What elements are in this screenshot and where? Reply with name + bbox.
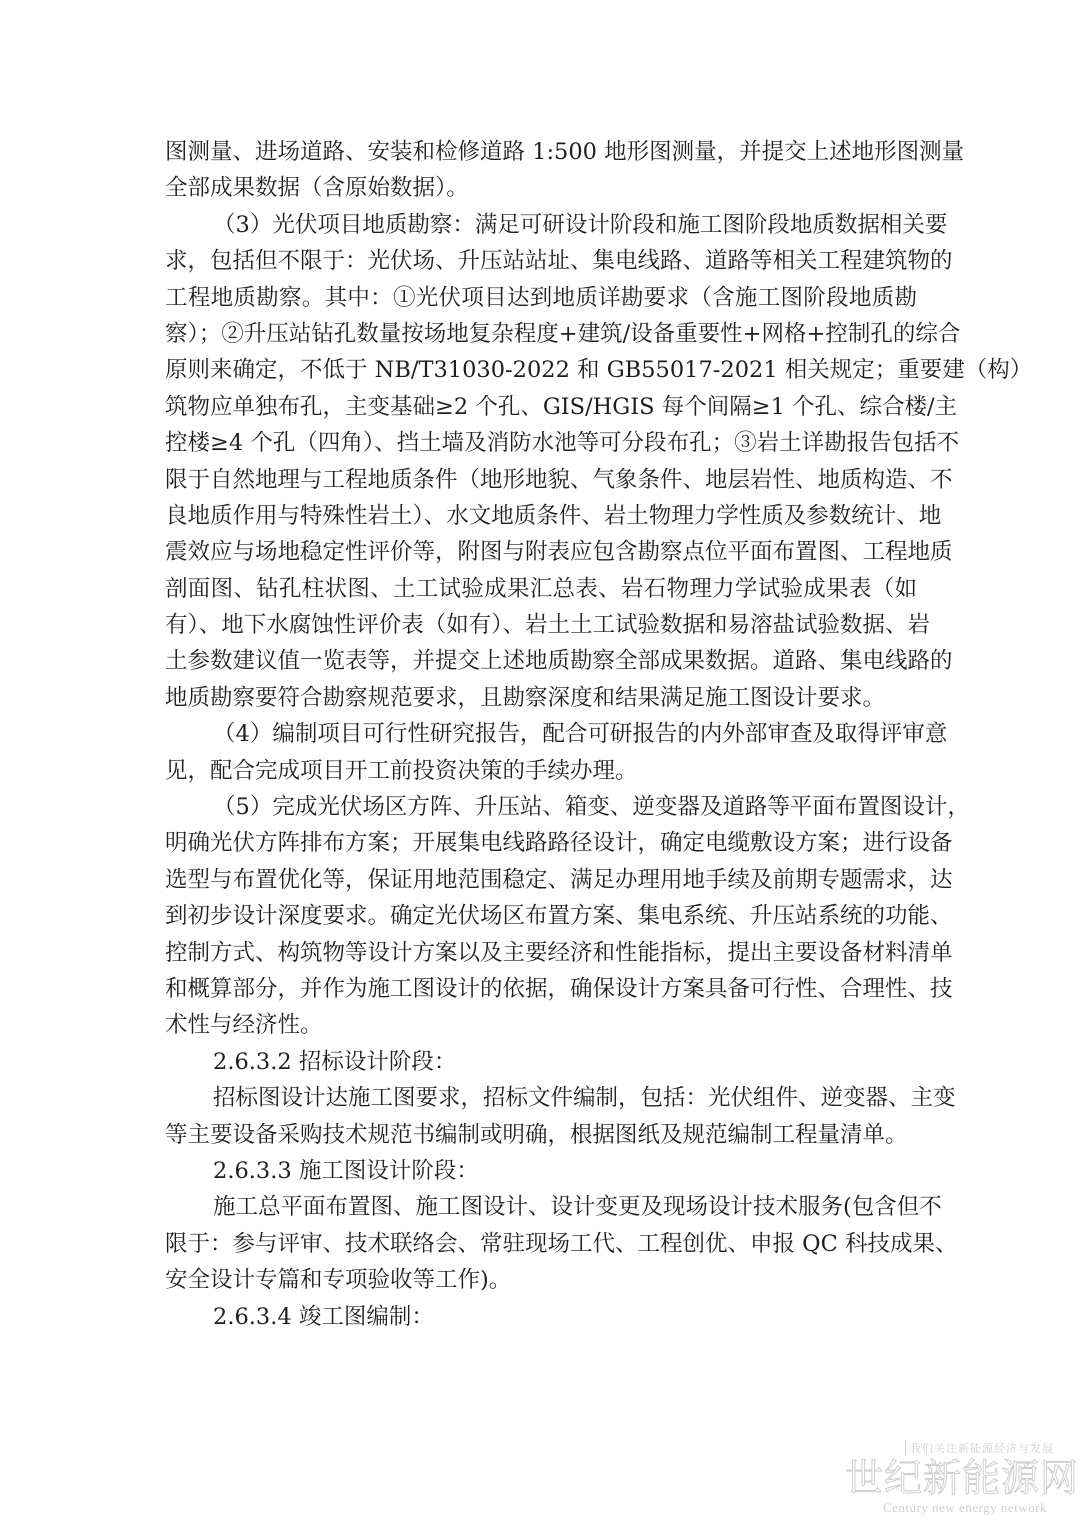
text-line: 招标图设计达施工图要求，招标文件编制，包括：光伏组件、逆变器、主变 (165, 1080, 917, 1116)
text-line: 安全设计专篇和专项验收等工作)。 (165, 1262, 917, 1298)
text-line: 求，包括但不限于：光伏场、升压站站址、集电线路、道路等相关工程建筑物的 (165, 243, 917, 279)
text-line: 筑物应单独布孔，主变基础≥2 个孔、GIS/HGIS 每个间隔≥1 个孔、综合楼… (165, 389, 917, 425)
text-line: （5）完成光伏场区方阵、升压站、箱变、逆变器及道路等平面布置图设计， (165, 789, 917, 825)
text-line: 术性与经济性。 (165, 1007, 917, 1043)
text-line: 2.6.3.2 招标设计阶段： (165, 1044, 917, 1080)
watermark: 我们关注新能源经济与发展 世纪新能源网 Century new energy n… (845, 1440, 1080, 1516)
text-line: 选型与布置优化等，保证用地范围稳定、满足办理用地手续及前期专题需求，达 (165, 862, 917, 898)
text-line: 良地质作用与特殊性岩土）、水文地质条件、岩土物理力学性质及参数统计、地 (165, 498, 917, 534)
text-line: 施工总平面布置图、施工图设计、设计变更及现场设计技术服务(包含但不 (165, 1189, 917, 1225)
text-line: （3）光伏项目地质勘察：满足可研设计阶段和施工图阶段地质数据相关要 (165, 207, 917, 243)
text-line: 2.6.3.3 施工图设计阶段： (165, 1153, 917, 1189)
text-line: 震效应与场地稳定性评价等，附图与附表应包含勘察点位平面布置图、工程地质 (165, 534, 917, 570)
text-line: 控楼≥4 个孔（四角）、挡土墙及消防水池等可分段布孔；③岩土详勘报告包括不 (165, 425, 917, 461)
document-body: 图测量、进场道路、安装和检修道路 1:500 地形图测量，并提交上述地形图测量全… (165, 134, 917, 1335)
text-line: 见，配合完成项目开工前投资决策的手续办理。 (165, 753, 917, 789)
text-line: 土参数建议值一览表等，并提交上述地质勘察全部成果数据。道路、集电线路的 (165, 643, 917, 679)
text-line: 原则来确定，不低于 NB/T31030-2022 和 GB55017-2021 … (165, 352, 917, 388)
text-line: 到初步设计深度要求。确定光伏场区布置方案、集电系统、升压站系统的功能、 (165, 898, 917, 934)
watermark-english: Century new energy network (883, 1500, 1080, 1516)
text-line: 限于：参与评审、技术联络会、常驻现场工代、工程创优、申报 QC 科技成果、 (165, 1226, 917, 1262)
text-line: 有）、地下水腐蚀性评价表（如有）、岩土土工试验数据和易溶盐试验数据、岩 (165, 607, 917, 643)
text-line: 控制方式、构筑物等设计方案以及主要经济和性能指标，提出主要设备材料清单 (165, 935, 917, 971)
text-line: 2.6.3.4 竣工图编制： (165, 1299, 917, 1335)
text-line: 全部成果数据（含原始数据）。 (165, 170, 917, 206)
text-line: 等主要设备采购技术规范书编制或明确，根据图纸及规范编制工程量清单。 (165, 1117, 917, 1153)
watermark-tagline: 我们关注新能源经济与发展 (905, 1440, 1080, 1456)
text-line: 察）；②升压站钻孔数量按场地复杂程度+建筑/设备重要性+网格+控制孔的综合 (165, 316, 917, 352)
watermark-logo-text: 世纪新能源网 (845, 1456, 1080, 1500)
text-line: 剖面图、钻孔柱状图、土工试验成果汇总表、岩石物理力学试验成果表（如 (165, 571, 917, 607)
text-line: 限于自然地理与工程地质条件（地形地貌、气象条件、地层岩性、地质构造、不 (165, 462, 917, 498)
text-line: 明确光伏方阵排布方案；开展集电线路路径设计，确定电缆敷设方案；进行设备 (165, 825, 917, 861)
text-line: 和概算部分，并作为施工图设计的依据，确保设计方案具备可行性、合理性、技 (165, 971, 917, 1007)
text-line: 地质勘察要符合勘察规范要求，且勘察深度和结果满足施工图设计要求。 (165, 680, 917, 716)
text-line: 工程地质勘察。其中：①光伏项目达到地质详勘要求（含施工图阶段地质勘 (165, 280, 917, 316)
text-line: 图测量、进场道路、安装和检修道路 1:500 地形图测量，并提交上述地形图测量 (165, 134, 917, 170)
text-line: （4）编制项目可行性研究报告，配合可研报告的内外部审查及取得评审意 (165, 716, 917, 752)
